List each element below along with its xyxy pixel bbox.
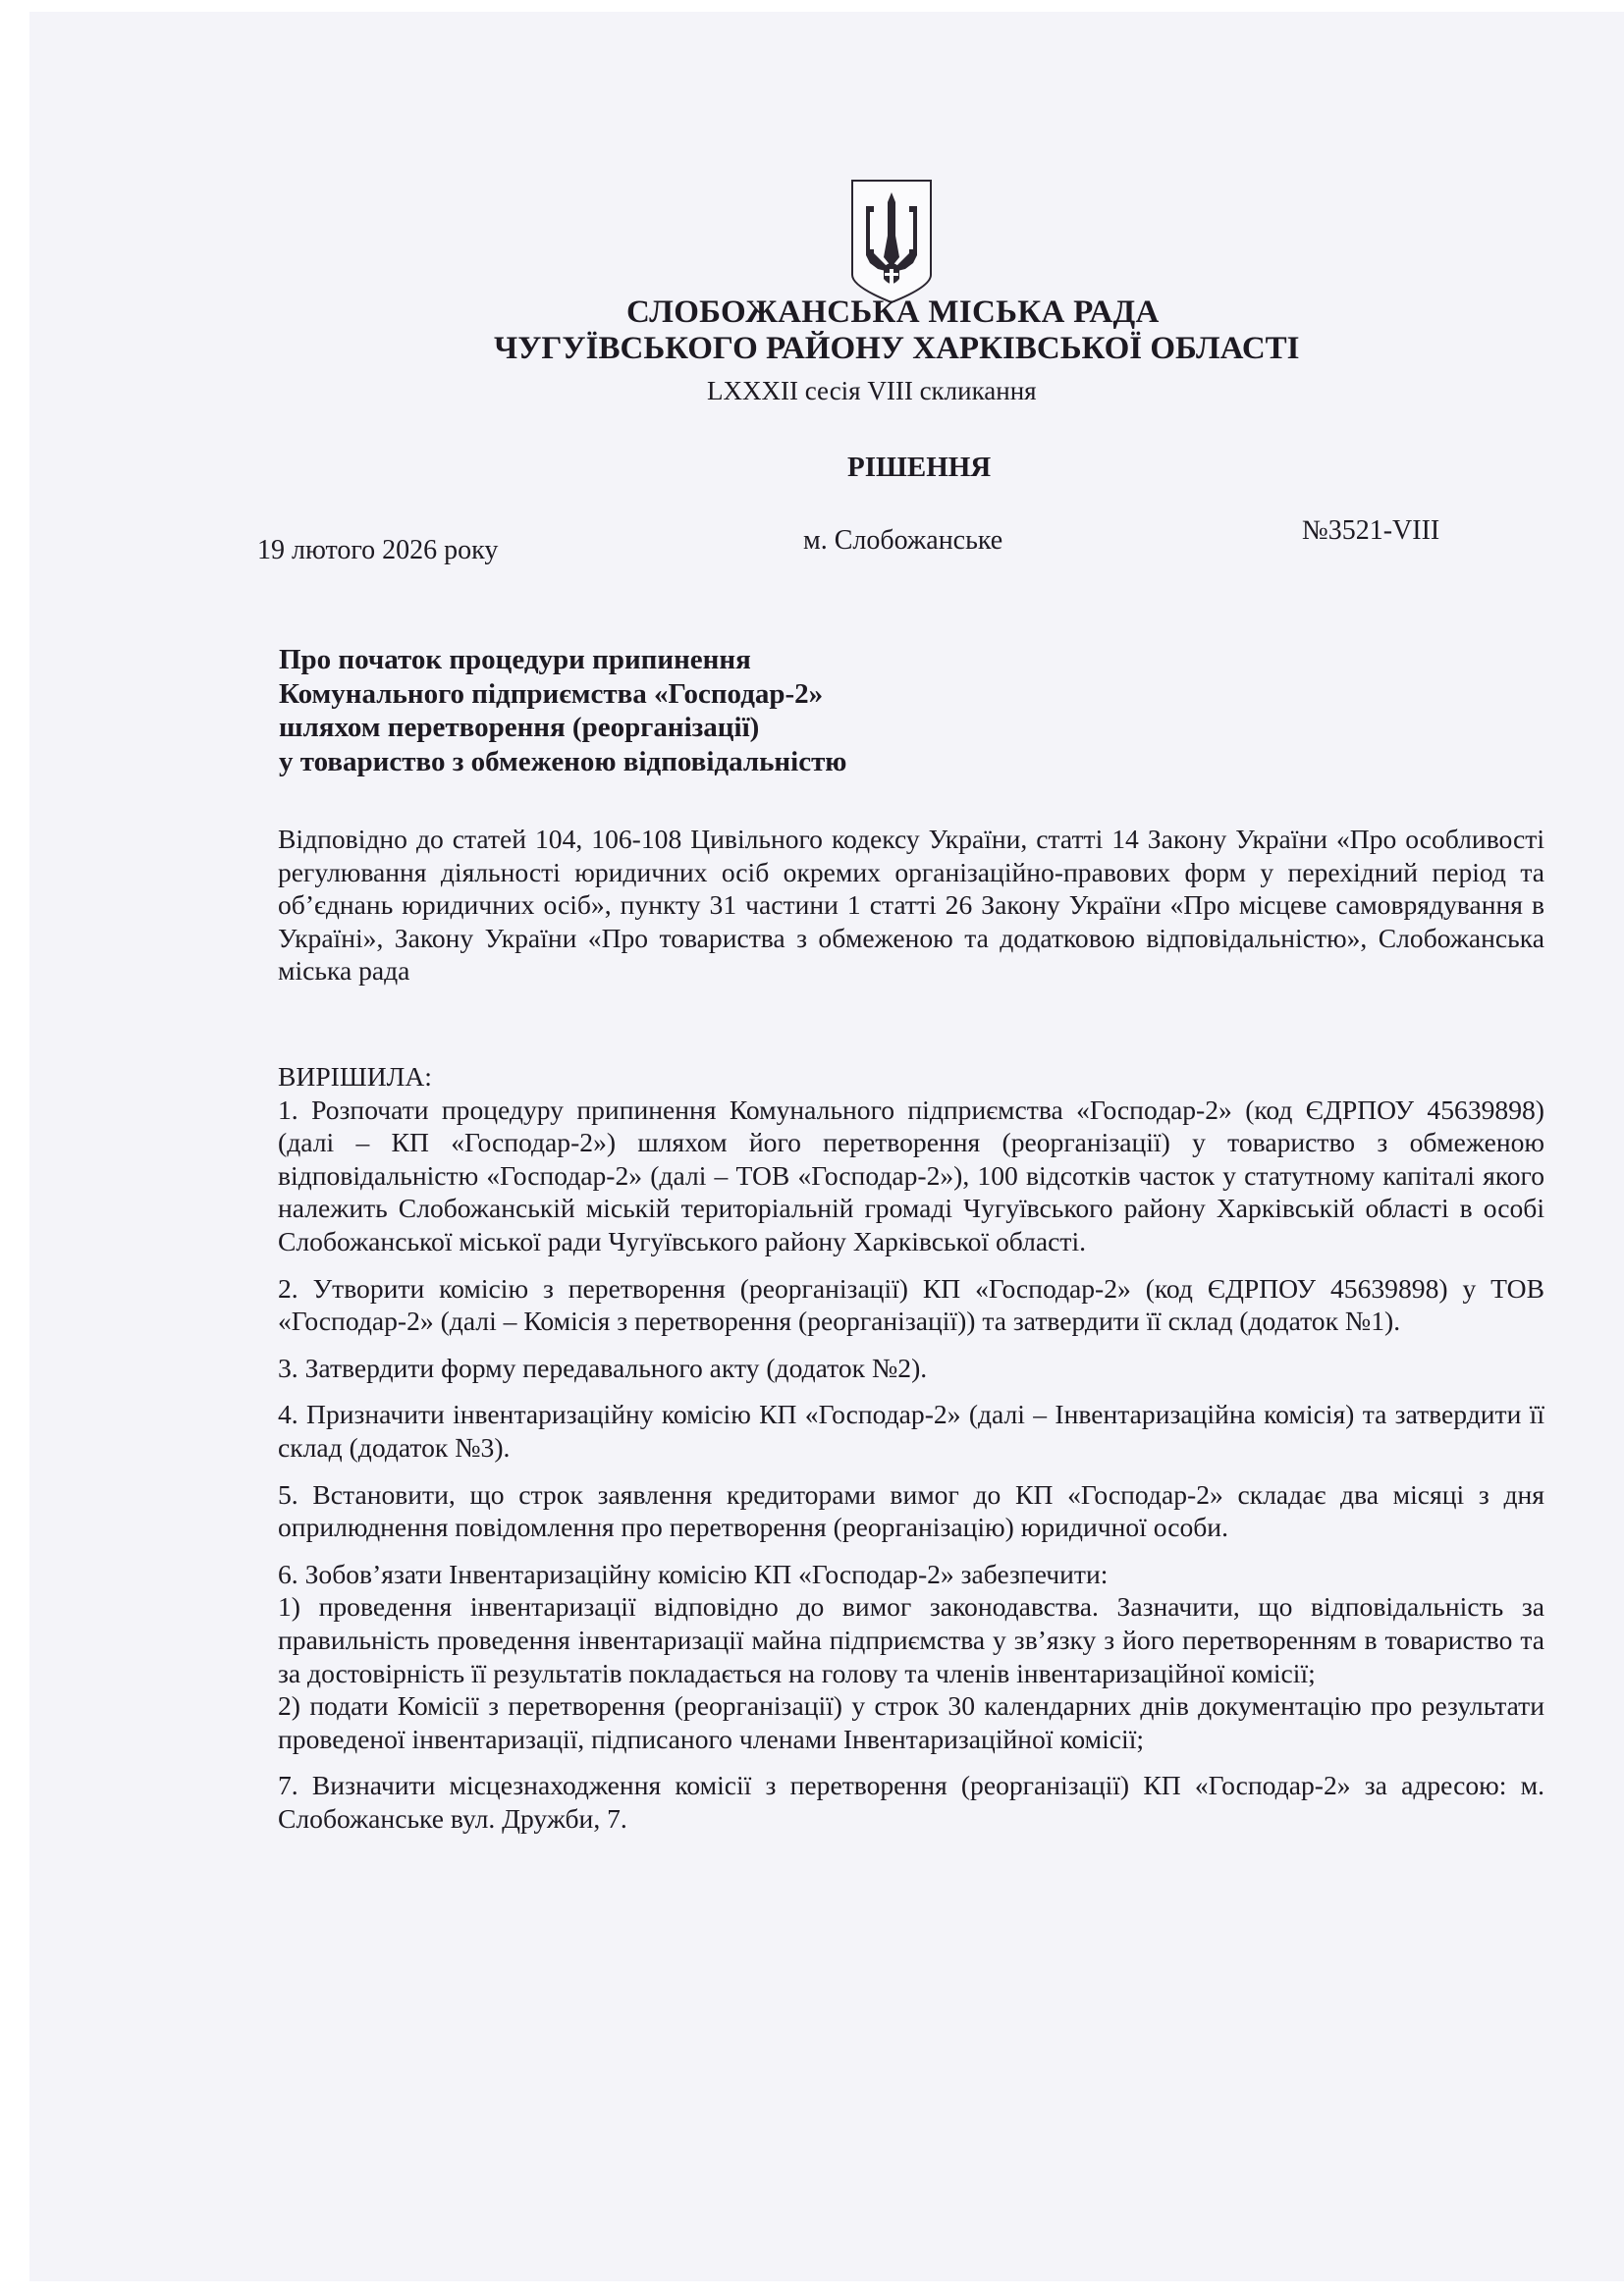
item-6-sub-2: 2) подати Комісії з перетворення (реорга… — [278, 1689, 1544, 1755]
title-line: у товариство з обмеженою відповідальніст… — [279, 745, 846, 779]
preamble: Відповідно до статей 104, 106-108 Цивіль… — [278, 823, 1544, 988]
item-4: 4. Призначити інвентаризаційну комісію К… — [278, 1398, 1544, 1464]
preamble-text: Відповідно до статей 104, 106-108 Цивіль… — [278, 823, 1544, 988]
item-7: 7. Визначити місцезнаходження комісії з … — [278, 1769, 1544, 1835]
title-line: Комунального підприємства «Господар-2» — [279, 677, 846, 712]
decision-title: Про початок процедури припинення Комунал… — [279, 643, 846, 778]
item-5: 5. Встановити, що строк заявлення кредит… — [278, 1478, 1544, 1544]
decision-number: №3521-VIII — [1302, 515, 1439, 547]
title-line: шляхом перетворення (реорганізації) — [279, 711, 846, 745]
resolved-label: ВИРІШИЛА: — [278, 1060, 1544, 1094]
resolution-body: ВИРІШИЛА: 1. Розпочати процедуру припине… — [278, 1060, 1544, 1835]
session-info: LXXXII сесія VIII скликання — [707, 376, 1037, 406]
item-3: 3. Затвердити форму передавального акту … — [278, 1352, 1544, 1385]
district-name: ЧУГУЇВСЬКОГО РАЙОНУ ХАРКІВСЬКОЇ ОБЛАСТІ — [494, 331, 1300, 367]
item-6-sub-1: 1) проведення інвентаризації відповідно … — [278, 1590, 1544, 1689]
title-line: Про початок процедури припинення — [279, 643, 846, 677]
decision-date: 19 лютого 2026 року — [257, 535, 498, 566]
document-type: РІШЕННЯ — [847, 452, 991, 484]
coat-of-arms-icon — [848, 177, 935, 304]
item-1: 1. Розпочати процедуру припинення Комуна… — [278, 1094, 1544, 1258]
decision-place: м. Слобожанське — [803, 525, 1002, 557]
item-6: 6. Зобов’язати Інвентаризаційну комісію … — [278, 1558, 1544, 1591]
council-name: СЛОБОЖАНСЬКА МІСЬКА РАДА — [626, 294, 1160, 331]
item-2: 2. Утворити комісію з перетворення (реор… — [278, 1272, 1544, 1338]
